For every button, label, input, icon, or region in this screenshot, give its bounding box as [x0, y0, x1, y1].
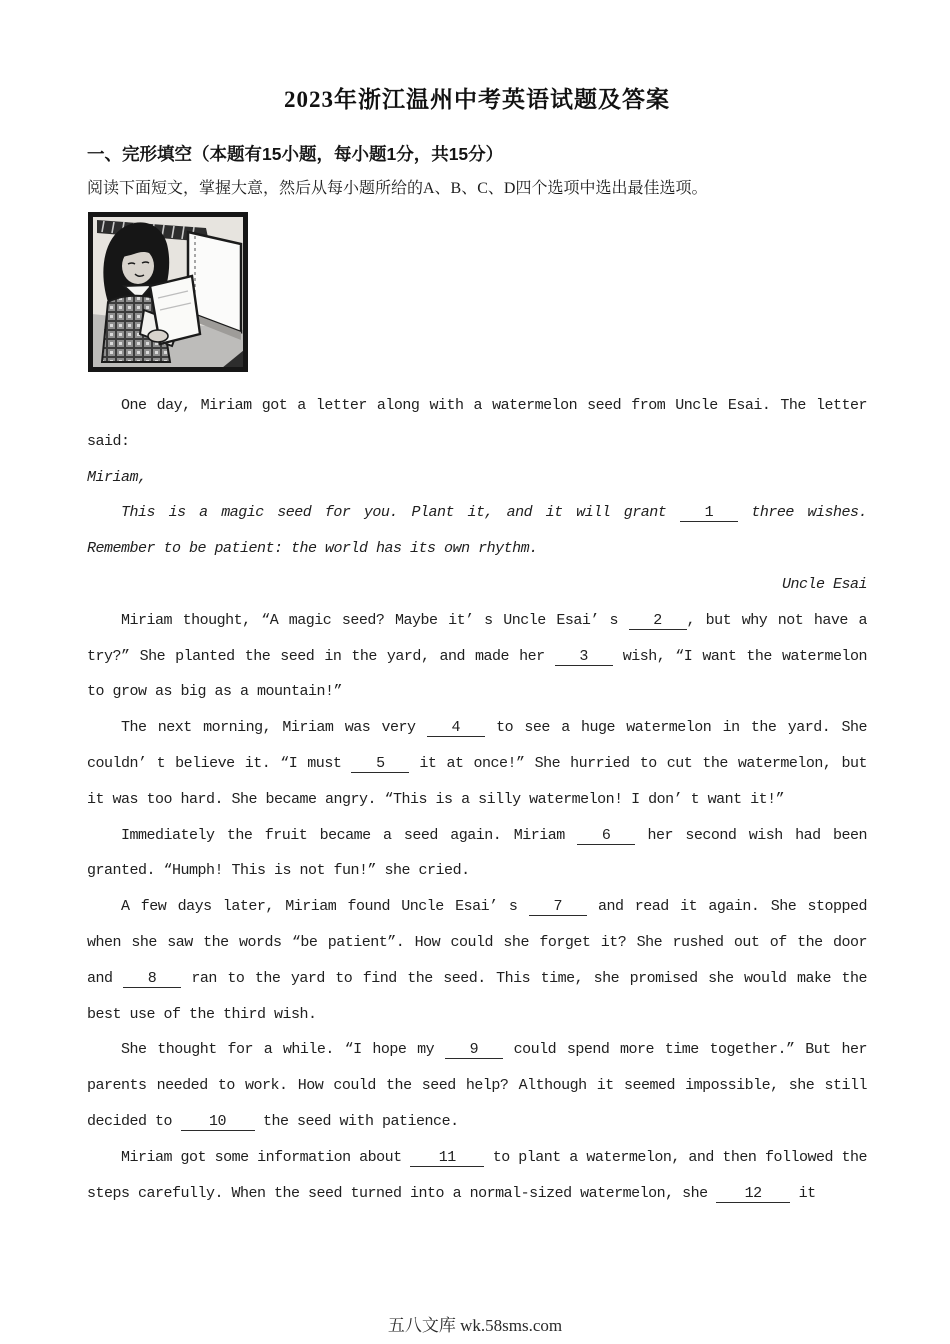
- cloze-blank-10: 10: [181, 1113, 255, 1131]
- cloze-blank-5: 5: [351, 755, 409, 773]
- passage-paragraph: This is a magic seed for you. Plant it, …: [87, 495, 867, 567]
- site-watermark: 五八文库 wk.58sms.com: [0, 1311, 950, 1336]
- cloze-blank-12: 12: [716, 1185, 790, 1203]
- passage-paragraph: A few days later, Miriam found Uncle Esa…: [87, 889, 867, 1032]
- cloze-blank-11: 11: [410, 1149, 484, 1167]
- girl-reading-letter-illustration-icon: [88, 212, 248, 372]
- passage-paragraph: Uncle Esai: [87, 567, 867, 603]
- passage-paragraph: Miriam thought, “A magic seed? Maybe it’…: [87, 603, 867, 710]
- cloze-blank-7: 7: [529, 898, 587, 916]
- passage-paragraph: Miriam,: [87, 460, 867, 496]
- cloze-blank-3: 3: [555, 648, 613, 666]
- cloze-blank-6: 6: [577, 827, 635, 845]
- passage: One day, Miriam got a letter along with …: [87, 388, 867, 1211]
- exam-paper-page: 2023年浙江温州中考英语试题及答案 一、完形填空（本题有15小题，每小题1分，…: [0, 0, 950, 1344]
- passage-paragraph: The next morning, Miriam was very 4 to s…: [87, 710, 867, 817]
- passage-paragraph: Immediately the fruit became a seed agai…: [87, 818, 867, 890]
- section-heading: 一、完形填空（本题有15小题，每小题1分，共15分）: [87, 142, 867, 166]
- cloze-blank-2: 2: [629, 612, 687, 630]
- passage-paragraph: Miriam got some information about 11 to …: [87, 1140, 867, 1212]
- passage-paragraph: One day, Miriam got a letter along with …: [87, 388, 867, 460]
- cloze-blank-4: 4: [427, 719, 485, 737]
- cloze-blank-1: 1: [680, 504, 738, 522]
- cloze-blank-9: 9: [445, 1041, 503, 1059]
- cloze-blank-8: 8: [123, 970, 181, 988]
- passage-paragraph: She thought for a while. “I hope my 9 co…: [87, 1032, 867, 1139]
- instructions-text: 阅读下面短文，掌握大意，然后从每小题所给的A、B、C、D四个选项中选出最佳选项。: [87, 177, 867, 200]
- story-illustration: [88, 212, 248, 372]
- page-title: 2023年浙江温州中考英语试题及答案: [87, 85, 867, 115]
